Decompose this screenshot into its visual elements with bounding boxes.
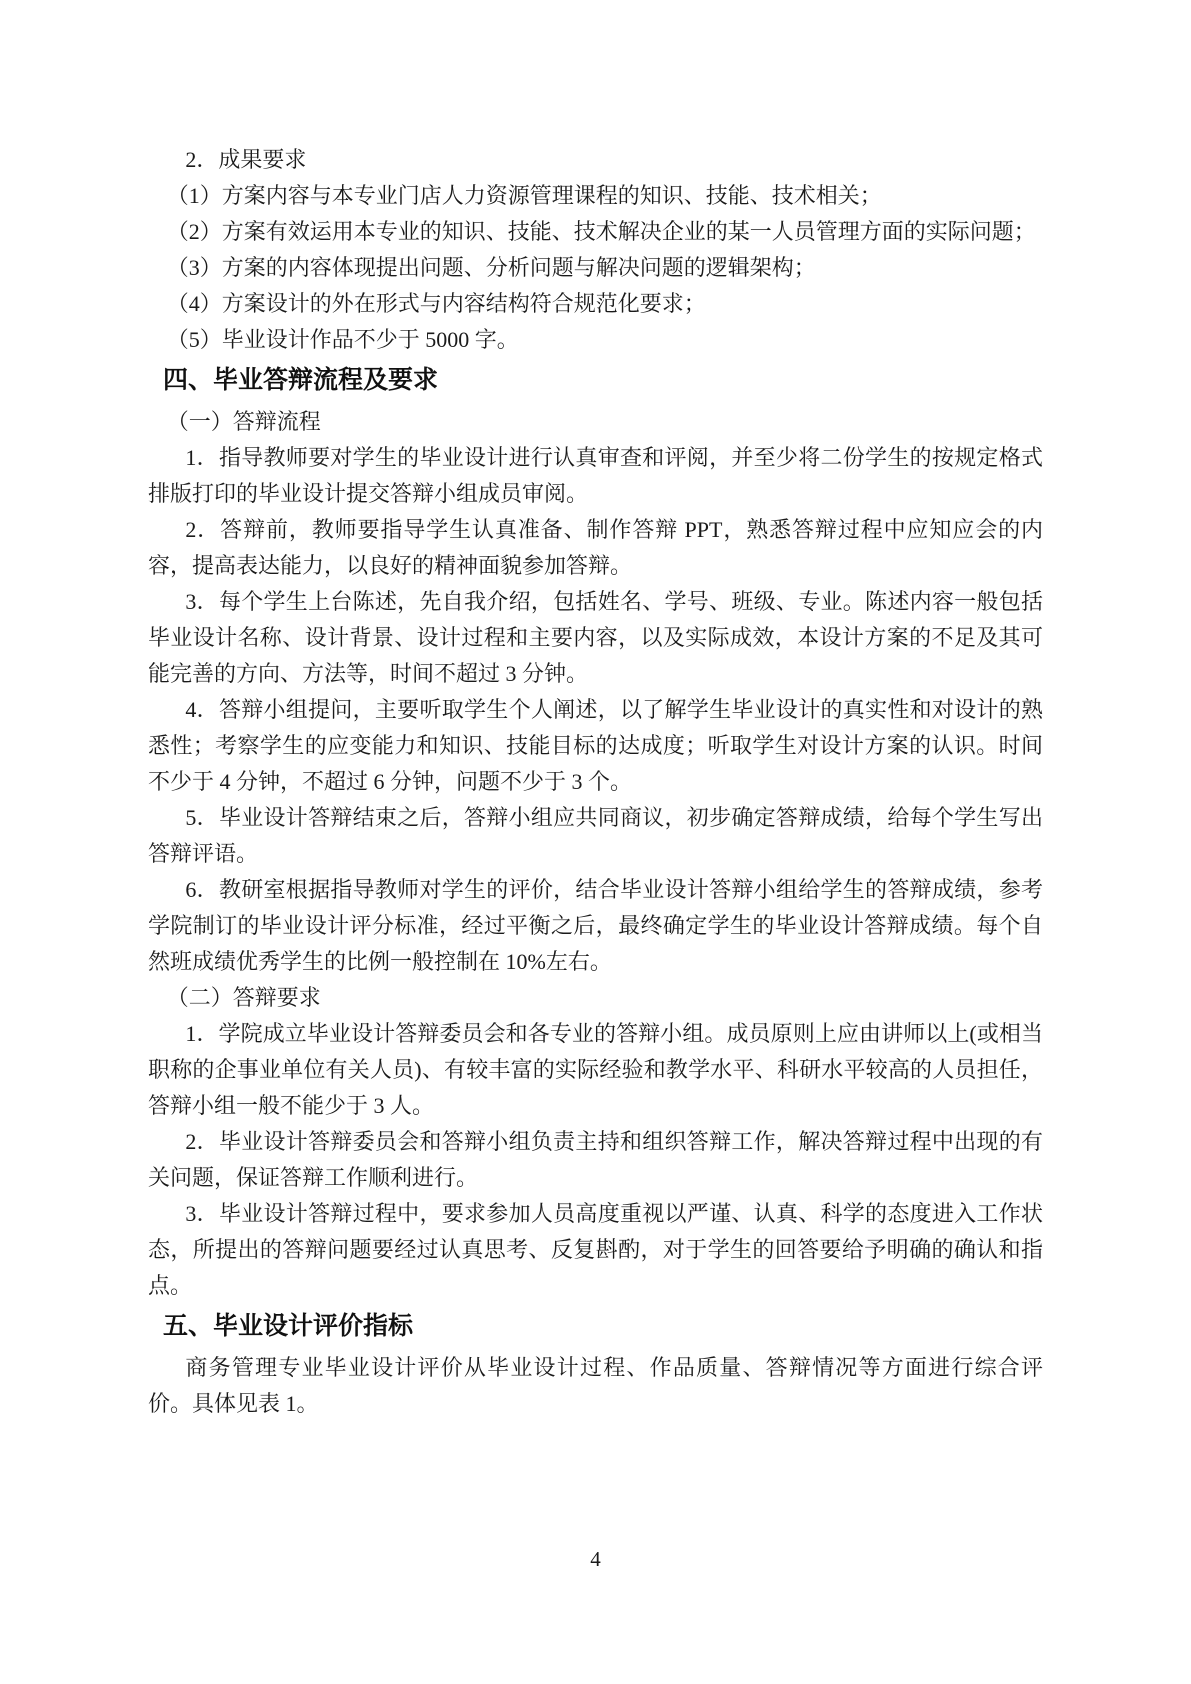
page-number: 4 (0, 1546, 1191, 1572)
document-body: 2．成果要求（1）方案内容与本专业门店人力资源管理课程的知识、技能、技术相关；（… (148, 142, 1043, 1422)
paragraph: 3．每个学生上台陈述，先自我介绍，包括姓名、学号、班级、专业。陈述内容一般包括毕… (148, 584, 1043, 692)
section-heading: 四、毕业答辩流程及要求 (148, 360, 1043, 400)
paragraph: （3）方案的内容体现提出问题、分析问题与解决问题的逻辑架构； (148, 250, 1043, 286)
section-heading: 五、毕业设计评价指标 (148, 1306, 1043, 1346)
paragraph: （1）方案内容与本专业门店人力资源管理课程的知识、技能、技术相关； (148, 178, 1043, 214)
paragraph: 2．成果要求 (148, 142, 1043, 178)
paragraph: 2．答辩前，教师要指导学生认真准备、制作答辩 PPT，熟悉答辩过程中应知应会的内… (148, 512, 1043, 584)
paragraph: （2）方案有效运用本专业的知识、技能、技术解决企业的某一人员管理方面的实际问题； (148, 214, 1043, 250)
paragraph: （一）答辩流程 (148, 404, 1043, 440)
paragraph: 1．指导教师要对学生的毕业设计进行认真审查和评阅，并至少将二份学生的按规定格式排… (148, 440, 1043, 512)
paragraph: （二）答辩要求 (148, 980, 1043, 1016)
paragraph: 5．毕业设计答辩结束之后，答辩小组应共同商议，初步确定答辩成绩，给每个学生写出答… (148, 800, 1043, 872)
paragraph: 商务管理专业毕业设计评价从毕业设计过程、作品质量、答辩情况等方面进行综合评价。具… (148, 1350, 1043, 1422)
document-page: 2．成果要求（1）方案内容与本专业门店人力资源管理课程的知识、技能、技术相关；（… (0, 0, 1191, 1684)
paragraph: 1．学院成立毕业设计答辩委员会和各专业的答辩小组。成员原则上应由讲师以上(或相当… (148, 1016, 1043, 1124)
paragraph: （4）方案设计的外在形式与内容结构符合规范化要求； (148, 286, 1043, 322)
paragraph: 3．毕业设计答辩过程中，要求参加人员高度重视以严谨、认真、科学的态度进入工作状态… (148, 1196, 1043, 1304)
paragraph: 6．教研室根据指导教师对学生的评价，结合毕业设计答辩小组给学生的答辩成绩，参考学… (148, 872, 1043, 980)
paragraph: （5）毕业设计作品不少于 5000 字。 (148, 322, 1043, 358)
paragraph: 2．毕业设计答辩委员会和答辩小组负责主持和组织答辩工作，解决答辩过程中出现的有关… (148, 1124, 1043, 1196)
paragraph: 4．答辩小组提问，主要听取学生个人阐述，以了解学生毕业设计的真实性和对设计的熟悉… (148, 692, 1043, 800)
